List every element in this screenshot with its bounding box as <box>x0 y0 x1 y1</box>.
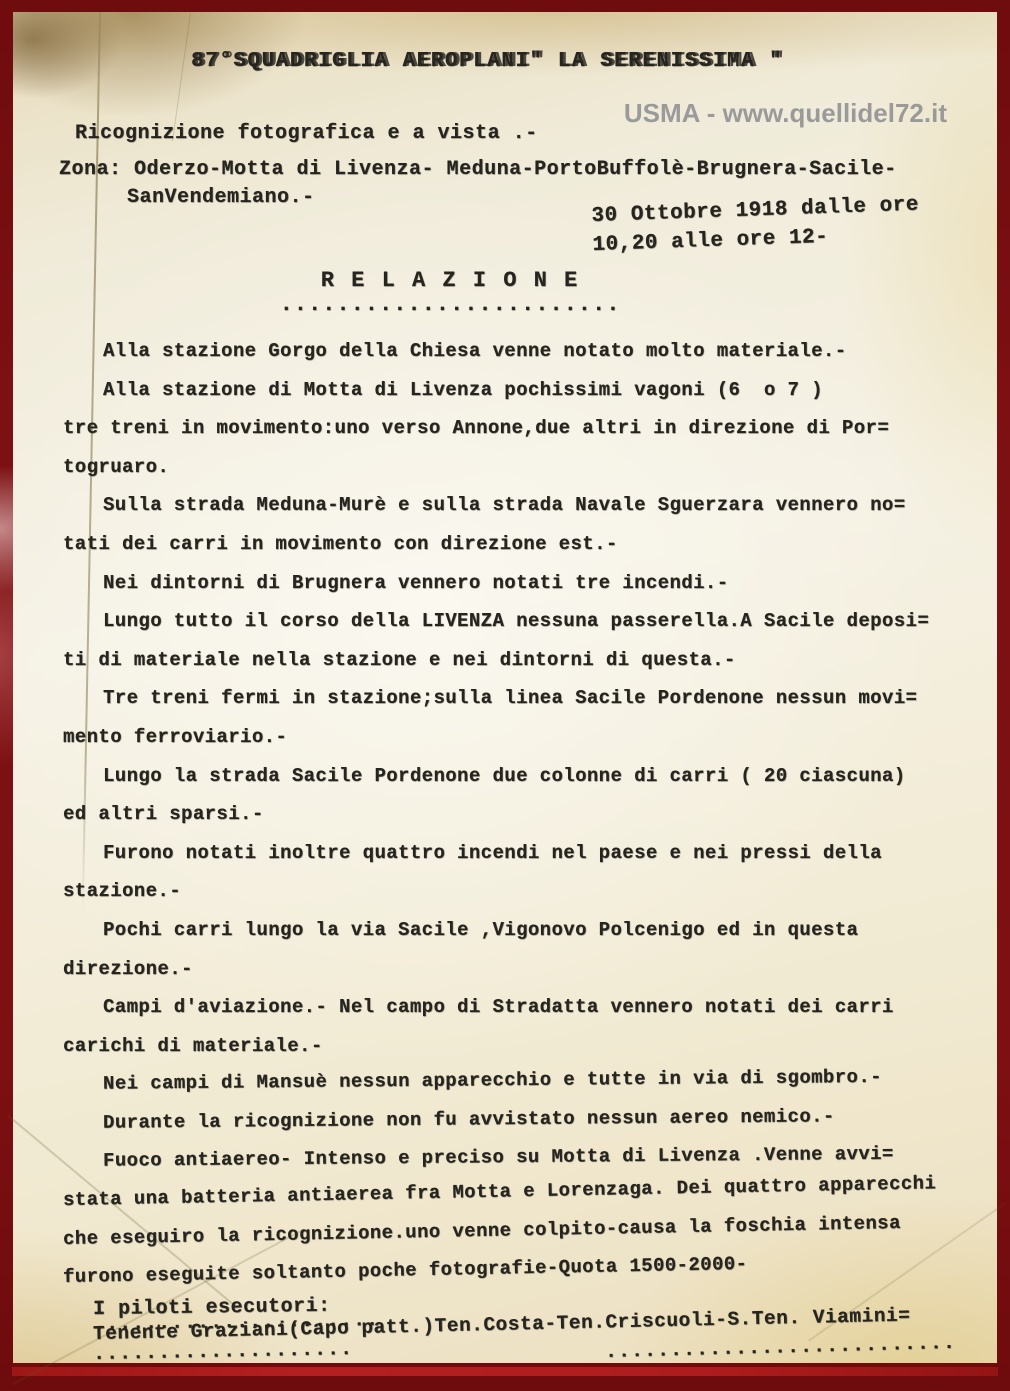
pilots-name-underline: .................... <box>93 1338 353 1366</box>
report-body: Alla stazione Gorgo della Chiesa venne n… <box>63 332 991 1297</box>
body-line: direzione.- <box>63 950 991 989</box>
date-block: 30 Ottobre 1918 dalle ore10,20 alle ore … <box>591 191 920 260</box>
body-line: Lungo tutto il corso della LIVENZA nessu… <box>63 602 991 641</box>
watermark: USMA - www.quellidel72.it <box>624 98 947 129</box>
body-line: Alla stazione Gorgo della Chiesa venne n… <box>63 332 991 371</box>
body-line: ti di materiale nella stazione e nei din… <box>63 641 991 680</box>
document-scan-frame: 87°SQUADRIGLIA AEROPLANI" LA SERENISSIMA… <box>0 0 1010 1391</box>
body-line: Nei dintorni di Brugnera vennero notati … <box>63 564 991 603</box>
body-line: tati dei carri in movimento con direzion… <box>63 525 991 564</box>
date-line-1: 30 Ottobre 1918 dalle ore <box>591 194 919 228</box>
mission-type-line: Ricognizione fotografica e a vista .- <box>75 122 538 145</box>
document-page: 87°SQUADRIGLIA AEROPLANI" LA SERENISSIMA… <box>13 12 997 1363</box>
body-line: togruaro. <box>63 448 991 487</box>
body-line: tre treni in movimento:uno verso Annone,… <box>63 409 991 448</box>
body-line: mento ferroviario.- <box>63 718 991 757</box>
body-line: ed altri sparsi.- <box>63 795 991 834</box>
date-line-2: 10,20 alle ore 12- <box>592 226 829 257</box>
body-line: Pochi carri lungo la via Sacile ,Vigonov… <box>63 911 991 950</box>
body-line: Tre treni fermi in stazione;sulla linea … <box>63 679 991 718</box>
body-line: Sulla strada Meduna-Murè e sulla strada … <box>63 486 991 525</box>
squadron-header: 87°SQUADRIGLIA AEROPLANI" LA SERENISSIMA… <box>191 50 783 73</box>
report-title: R E L A Z I O N E <box>0 268 942 293</box>
report-title-underline: ........................ <box>0 292 942 317</box>
zone-line-1: Zona: Oderzo-Motta di Livenza- Meduna-Po… <box>59 158 897 181</box>
frame-red-strip <box>12 1367 998 1376</box>
body-line: Furono notati inoltre quattro incendi ne… <box>63 834 991 873</box>
pilots-right-underline: ........................... <box>605 1332 957 1364</box>
body-line: Campi d'aviazione.- Nel campo di Stradat… <box>63 988 991 1027</box>
zone-line-2: SanVendemiano.- <box>127 186 315 209</box>
body-line: stazione.- <box>63 872 991 911</box>
body-line: Alla stazione di Motta di Livenza pochis… <box>63 371 991 410</box>
body-line: Lungo la strada Sacile Pordenone due col… <box>63 757 991 796</box>
